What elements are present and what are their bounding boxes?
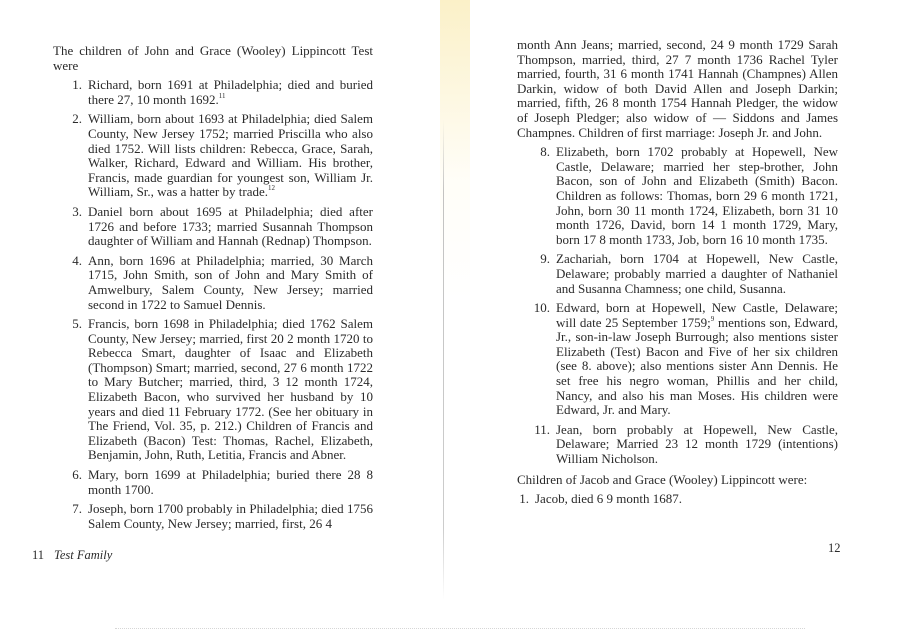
item-text-cont: mentions son, Edward, Jr., son-in-law Jo… xyxy=(556,315,838,418)
left-page: The children of John and Grace (Wooley) … xyxy=(53,44,373,531)
item-number: 8. xyxy=(517,145,550,160)
page-number: 12 xyxy=(828,541,841,555)
item-number: 1. xyxy=(517,492,529,507)
list-item: 1. Richard, born 1691 at Philadelphia; d… xyxy=(53,78,373,107)
right-page: month Ann Jeans; married, second, 24 9 m… xyxy=(517,38,838,507)
list-item: 4. Ann, born 1696 at Philadelphia; marri… xyxy=(53,254,373,312)
footnote-ref: 11 xyxy=(219,92,226,100)
children-list: 1. Richard, born 1691 at Philadelphia; d… xyxy=(53,78,373,531)
item-number: 1. xyxy=(53,78,82,93)
continuation-paragraph: month Ann Jeans; married, second, 24 9 m… xyxy=(517,38,838,140)
page-fold xyxy=(443,120,444,600)
children-list-continued: 8. Elizabeth, born 1702 probably at Hope… xyxy=(517,145,838,466)
list-item: 5. Francis, born 1698 in Philadelphia; d… xyxy=(53,317,373,463)
list-item: 3. Daniel born about 1695 at Philadelphi… xyxy=(53,205,373,249)
item-text: Joseph, born 1700 probably in Philadelph… xyxy=(88,501,373,531)
item-text: Zachariah, born 1704 at Hopewell, New Ca… xyxy=(556,251,838,295)
page-number: 11 xyxy=(32,548,44,562)
list-item: 1. Jacob, died 6 9 month 1687. xyxy=(517,492,838,507)
item-number: 7. xyxy=(53,502,82,517)
item-number: 10. xyxy=(517,301,550,316)
item-text: Richard, born 1691 at Philadelphia; died… xyxy=(88,77,373,107)
gutter-shadow xyxy=(440,0,470,300)
list-item: 8. Elizabeth, born 1702 probably at Hope… xyxy=(517,145,838,247)
list-item: 11. Jean, born probably at Hopewell, New… xyxy=(517,423,838,467)
item-number: 2. xyxy=(53,112,82,127)
item-text: Ann, born 1696 at Philadelphia; married,… xyxy=(88,253,373,312)
footnote-ref: 12 xyxy=(268,184,275,192)
list-item: 6. Mary, born 1699 at Philadelphia; buri… xyxy=(53,468,373,497)
item-text: Jacob, died 6 9 month 1687. xyxy=(535,491,682,506)
intro-paragraph: The children of John and Grace (Wooley) … xyxy=(53,44,373,73)
running-title: Test Family xyxy=(54,548,112,562)
scan-edge-artifact xyxy=(115,628,805,632)
item-number: 9. xyxy=(517,252,550,267)
right-page-footer: 12 xyxy=(828,541,841,556)
item-number: 3. xyxy=(53,205,82,220)
item-text: William, born about 1693 at Philadelphia… xyxy=(88,111,373,199)
item-text: Francis, born 1698 in Philadelphia; died… xyxy=(88,316,373,462)
item-number: 4. xyxy=(53,254,82,269)
book-spread: The children of John and Grace (Wooley) … xyxy=(0,0,920,634)
list-item: 10. Edward, born at Hopewell, New Castle… xyxy=(517,301,838,418)
list-item: 9. Zachariah, born 1704 at Hopewell, New… xyxy=(517,252,838,296)
left-page-footer: 11Test Family xyxy=(32,548,112,563)
item-text: Jean, born probably at Hopewell, New Cas… xyxy=(556,422,838,466)
item-text: Mary, born 1699 at Philadelphia; buried … xyxy=(88,467,373,497)
item-number: 5. xyxy=(53,317,82,332)
item-text: Daniel born about 1695 at Philadelphia; … xyxy=(88,204,373,248)
item-number: 11. xyxy=(517,423,550,438)
list-item: 2. William, born about 1693 at Philadelp… xyxy=(53,112,373,200)
item-number: 6. xyxy=(53,468,82,483)
section-heading: Children of Jacob and Grace (Wooley) Lip… xyxy=(517,473,838,488)
item-text: Elizabeth, born 1702 probably at Hopewel… xyxy=(556,144,838,247)
jacob-children-list: 1. Jacob, died 6 9 month 1687. xyxy=(517,492,838,507)
list-item: 7. Joseph, born 1700 probably in Philade… xyxy=(53,502,373,531)
